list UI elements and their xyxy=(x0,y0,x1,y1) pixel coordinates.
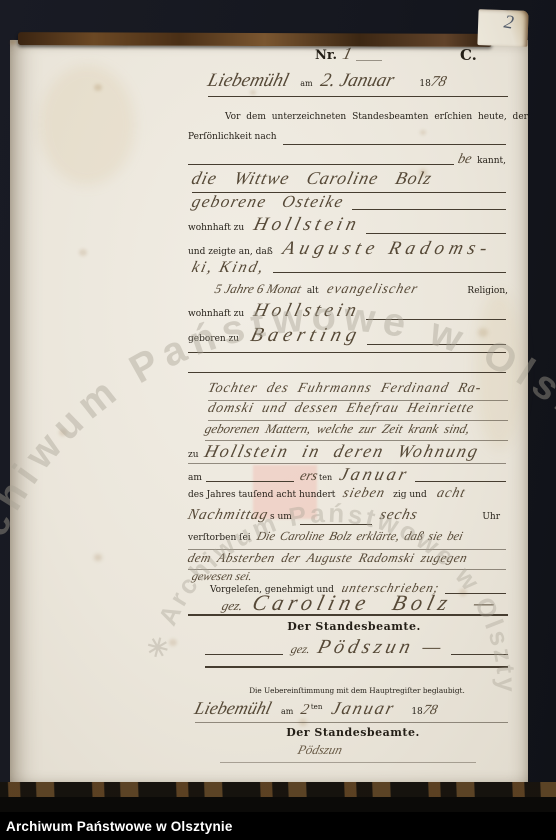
signature-caroline-bolz: Caroline Bolz — xyxy=(249,590,502,616)
registrar-heading-2: Der Standesbeamte. xyxy=(258,726,448,739)
book-bottom-edge xyxy=(0,782,556,798)
foxing-spots xyxy=(10,40,16,45)
shadow-band xyxy=(0,797,556,813)
rule xyxy=(366,233,506,234)
registrar-signature: gez. Pödszun — xyxy=(205,636,508,658)
death-year-line: des Jahres tauſend acht hundert sieben z… xyxy=(188,486,506,506)
book-top-edge xyxy=(18,32,492,47)
rule xyxy=(300,524,372,525)
rule xyxy=(206,481,294,482)
record-number: Nr. 1 xyxy=(315,44,382,64)
document-page: Nr. 1 C. Liebemühl am 2. Januar 18 78 Vo… xyxy=(10,40,528,788)
signature-podszun-small: Pödszun xyxy=(296,742,344,758)
archive-caption: Archiwum Państwowe w Olsztynie xyxy=(6,819,233,834)
section-rule xyxy=(205,666,508,668)
dateline-place: Liebemühl xyxy=(205,70,291,92)
parents-line-1: Tochter des Fuhrmanns Ferdinand Ra- xyxy=(208,381,508,401)
dateline: Liebemühl am 2. Januar 18 78 xyxy=(208,70,508,97)
paper-stain xyxy=(40,65,135,185)
section-rule xyxy=(188,614,508,616)
blank-rule xyxy=(188,372,506,373)
residence-line-1: wohnhaft zu Hollstein xyxy=(188,214,506,237)
registrar-heading-1: Der Standesbeamte. xyxy=(254,620,454,633)
maiden-name-line: geborene Osteike xyxy=(192,192,506,213)
gez-label: gez. xyxy=(220,598,245,614)
death-date-line: am ers ten Januar xyxy=(188,464,506,485)
rule xyxy=(205,654,283,655)
rule xyxy=(366,319,506,320)
rule xyxy=(415,481,506,482)
rule xyxy=(352,209,506,210)
death-place-line: zu Hollstein in deren Wohnung xyxy=(188,441,506,464)
am-label: am xyxy=(300,79,312,88)
be-hand: be xyxy=(456,152,473,168)
bekannt-line: be kannt, xyxy=(188,152,506,168)
rule xyxy=(188,164,454,165)
archive-caption-bar: Archiwum Państwowe w Olsztynie xyxy=(0,812,556,840)
certification-line: Die Uebereinſtimmung mit dem Hauptregiſt… xyxy=(252,686,462,695)
rule xyxy=(367,344,506,345)
parents-line-2: domski und dessen Ehefrau Heinriette xyxy=(208,401,508,421)
age-hand: 5 Jahre 6 Monat xyxy=(213,281,303,297)
nr-label: Nr. xyxy=(315,48,337,63)
footer-rule xyxy=(220,762,476,763)
signature-podszun: Pödszun — xyxy=(315,636,447,659)
intro-line-1: Vor dem unterzeichneten Standesbeamten e… xyxy=(225,112,517,122)
kannt-printed: kannt, xyxy=(477,156,506,166)
nr-value: 1 xyxy=(341,44,354,64)
alt-printed: alt xyxy=(307,286,319,296)
rule xyxy=(356,60,382,61)
religion-printed: Religion, xyxy=(467,286,508,296)
religion-hand: evangelischer xyxy=(325,282,420,298)
rule xyxy=(283,144,506,145)
intro-line-2: Perſönlichkeit nach xyxy=(188,132,506,148)
footer-signature: Pödszun xyxy=(298,742,342,758)
scanned-register-page: Nr. 1 C. Liebemühl am 2. Januar 18 78 Vo… xyxy=(0,0,556,840)
dateline-date: 2. Januar xyxy=(318,70,396,92)
form-letter: C. xyxy=(460,46,477,64)
declarant-line: die Wittwe Caroline Bolz xyxy=(192,168,506,193)
deceased-line-2: ki, Kind, xyxy=(192,259,506,276)
rule xyxy=(273,272,506,273)
footer-dateline: Liebemühl am 2 ten Januar 18 78 xyxy=(195,698,508,723)
blank-rule xyxy=(188,352,506,353)
death-time-line: Nachmittag s um sechs Uhr xyxy=(188,507,506,528)
deceased-line-1: und zeigte an, daß Auguste Radoms- xyxy=(188,238,506,259)
rule xyxy=(451,654,508,655)
residence-line-2: wohnhaft zu Hollstein xyxy=(188,300,506,323)
age-religion-line: 5 Jahre 6 Monat alt evangelischer Religi… xyxy=(215,281,508,298)
birthplace-line: geboren zu Baerting xyxy=(188,324,506,348)
gez-label: gez. xyxy=(289,642,312,657)
parents-line-3: geborenen Mattern, welche zur Zeit krank… xyxy=(205,421,508,441)
declaration-line-2: dem Absterben der Auguste Radomski zugeg… xyxy=(188,550,506,570)
year-hand: 78 xyxy=(429,74,448,91)
declaration-line-1: verſtorben ſei Die Caroline Bolz erklärt… xyxy=(188,529,506,550)
